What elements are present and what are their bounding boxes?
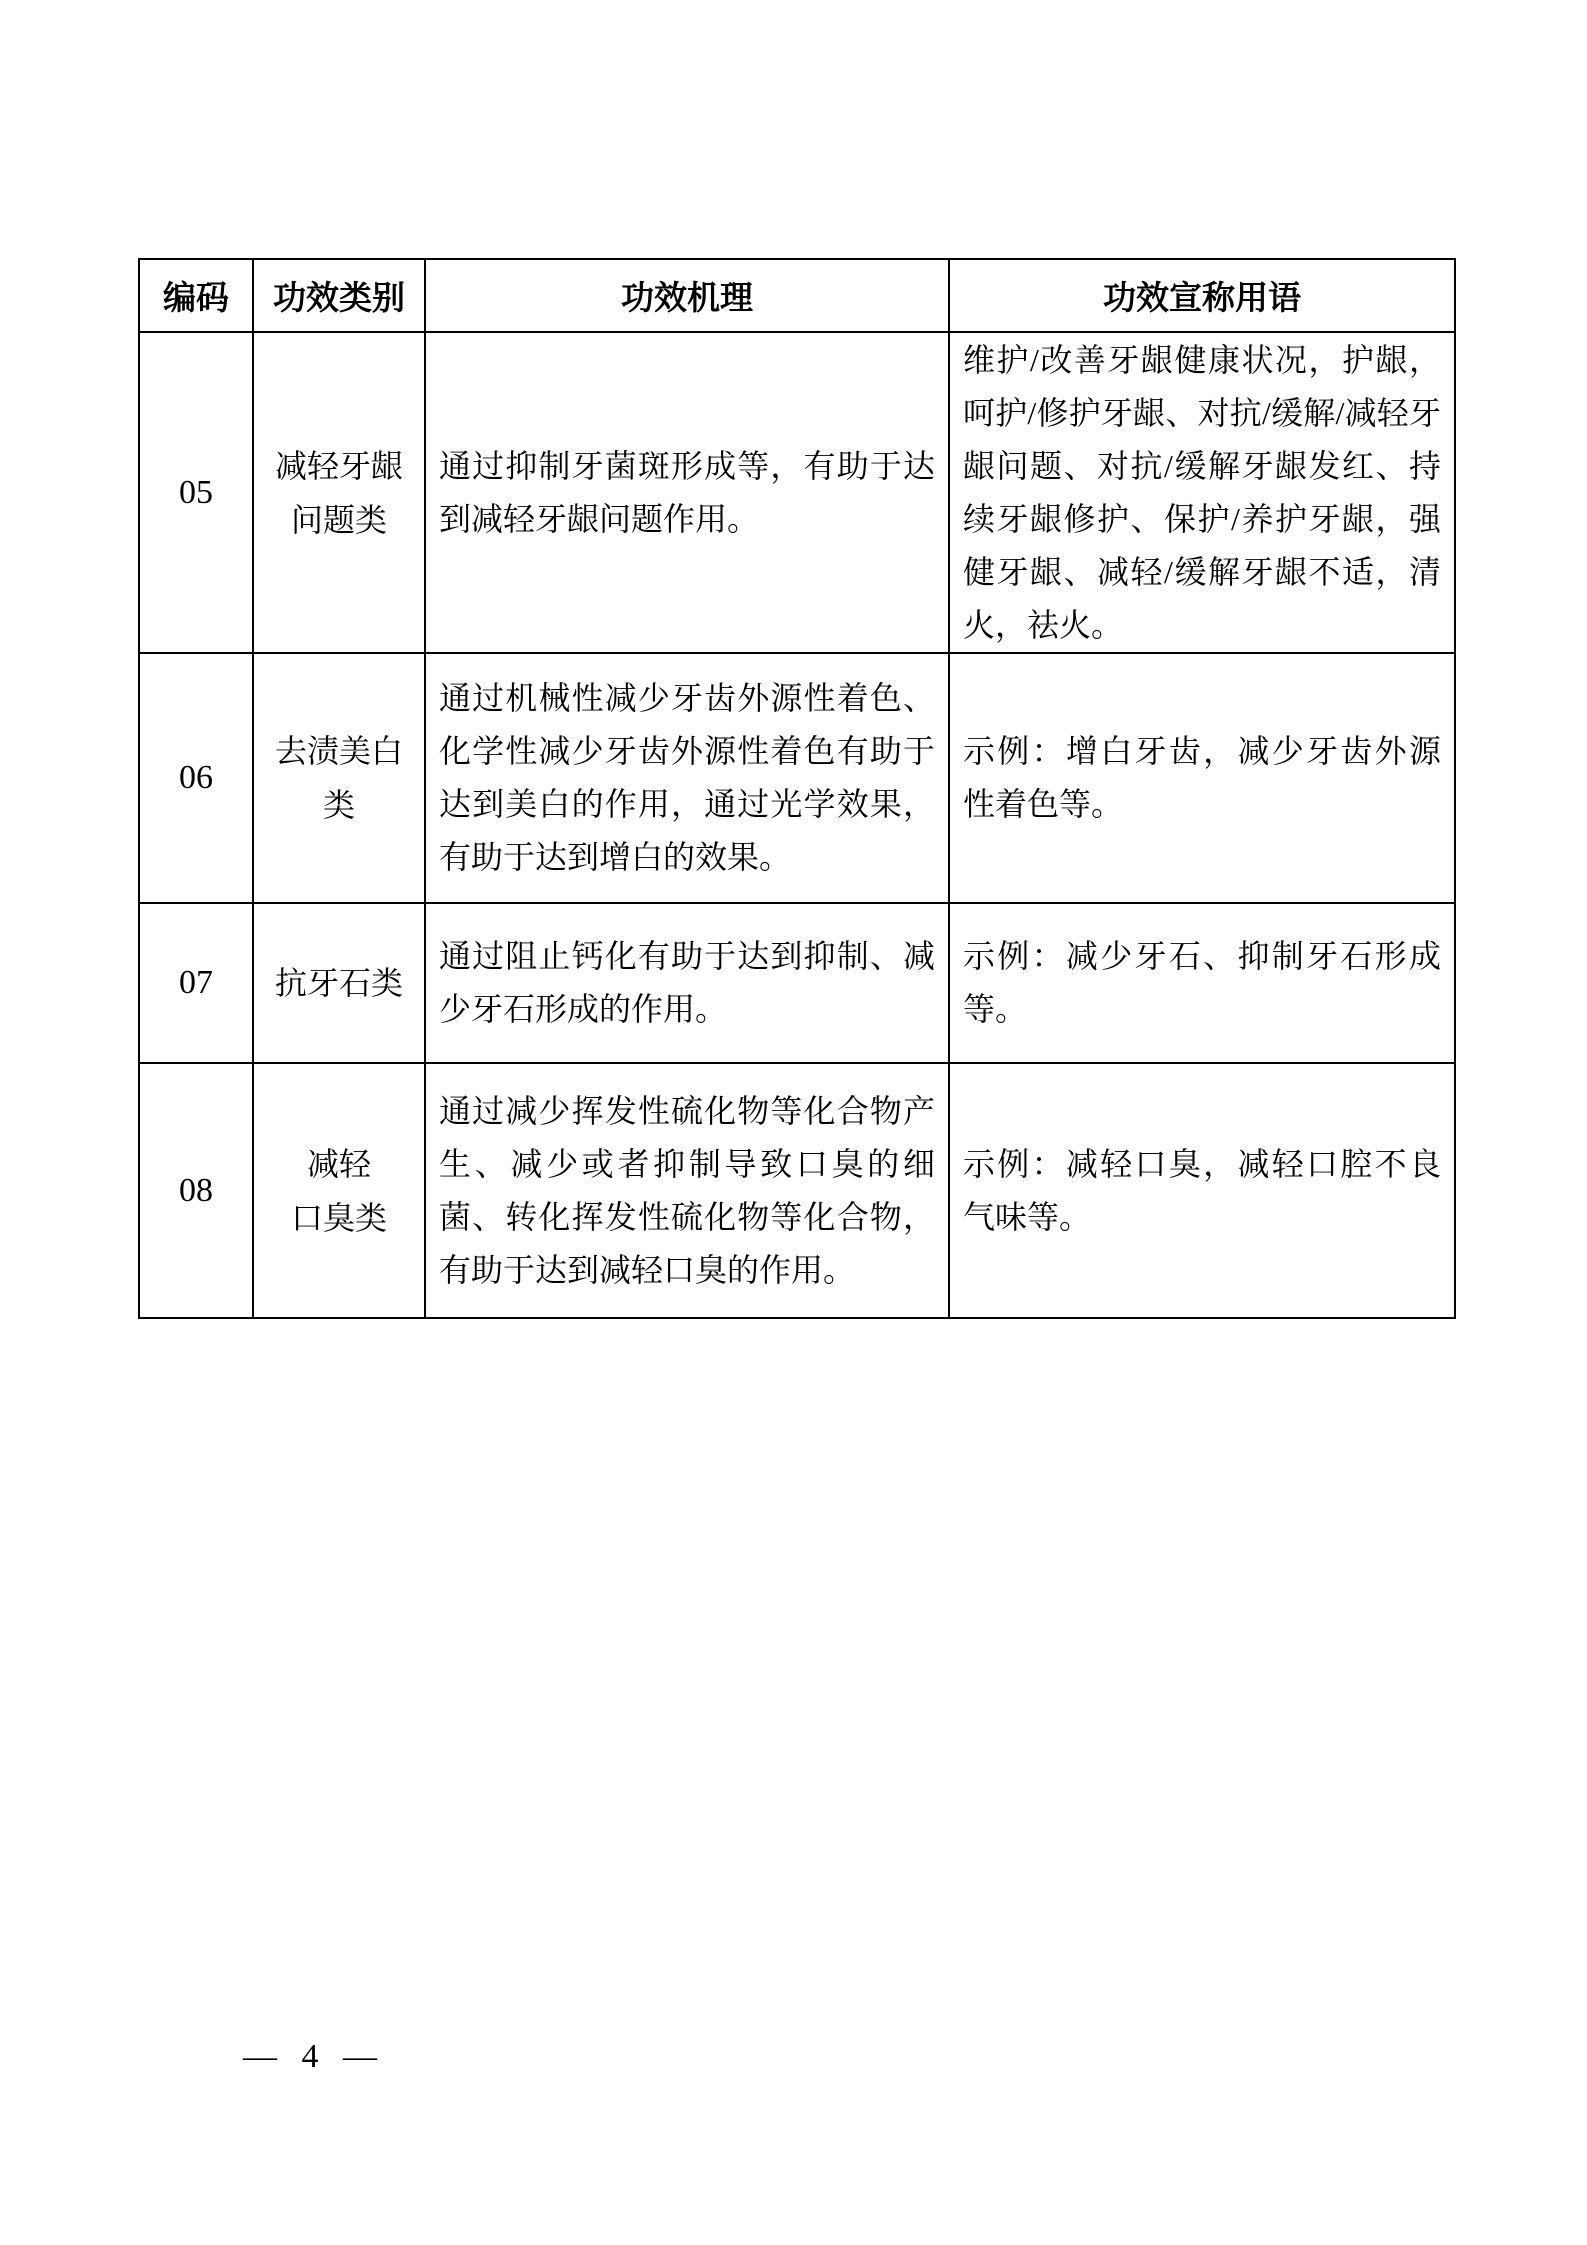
category-cell: 减轻牙龈 问题类 (253, 332, 425, 653)
column-header-code: 编码 (139, 259, 253, 332)
category-cell: 减轻 口臭类 (253, 1063, 425, 1318)
table-row-08: 08 减轻 口臭类 通过减少挥发性硫化物等化合物产生、减少或者抑制导致口臭的细菌… (139, 1063, 1455, 1318)
claims-cell: 示例：减轻口臭，减轻口腔不良气味等。 (949, 1063, 1455, 1318)
column-header-mechanism: 功效机理 (425, 259, 949, 332)
mechanism-cell: 通过机械性减少牙齿外源性着色、化学性减少牙齿外源性着色有助于达到美白的作用，通过… (425, 653, 949, 903)
mechanism-cell: 通过减少挥发性硫化物等化合物产生、减少或者抑制导致口臭的细菌、转化挥发性硫化物等… (425, 1063, 949, 1318)
mechanism-cell: 通过抑制牙菌斑形成等，有助于达到减轻牙龈问题作用。 (425, 332, 949, 653)
column-header-claims: 功效宣称用语 (949, 259, 1455, 332)
claims-cell: 示例：减少牙石、抑制牙石形成等。 (949, 903, 1455, 1063)
table-row-06: 06 去渍美白 类 通过机械性减少牙齿外源性着色、化学性减少牙齿外源性着色有助于… (139, 653, 1455, 903)
page-number: — 4 — (243, 2034, 377, 2080)
mechanism-cell: 通过阻止钙化有助于达到抑制、减少牙石形成的作用。 (425, 903, 949, 1063)
column-header-category: 功效类别 (253, 259, 425, 332)
table-row-07: 07 抗牙石类 通过阻止钙化有助于达到抑制、减少牙石形成的作用。 示例：减少牙石… (139, 903, 1455, 1063)
code-cell: 05 (139, 332, 253, 653)
table-row-05: 05 减轻牙龈 问题类 通过抑制牙菌斑形成等，有助于达到减轻牙龈问题作用。 维护… (139, 332, 1455, 653)
efficacy-table: 编码 功效类别 功效机理 功效宣称用语 05 减轻牙龈 问题类 通过抑制牙菌斑形… (138, 258, 1456, 1319)
document-page: 编码 功效类别 功效机理 功效宣称用语 05 减轻牙龈 问题类 通过抑制牙菌斑形… (0, 0, 1587, 2245)
code-cell: 06 (139, 653, 253, 903)
claims-cell: 示例：增白牙齿，减少牙齿外源性着色等。 (949, 653, 1455, 903)
category-cell: 抗牙石类 (253, 903, 425, 1063)
claims-cell: 维护/改善牙龈健康状况，护龈，呵护/修护牙龈、对抗/缓解/减轻牙龈问题、对抗/缓… (949, 332, 1455, 653)
code-cell: 08 (139, 1063, 253, 1318)
code-cell: 07 (139, 903, 253, 1063)
table-header-row: 编码 功效类别 功效机理 功效宣称用语 (139, 259, 1455, 332)
category-cell: 去渍美白 类 (253, 653, 425, 903)
